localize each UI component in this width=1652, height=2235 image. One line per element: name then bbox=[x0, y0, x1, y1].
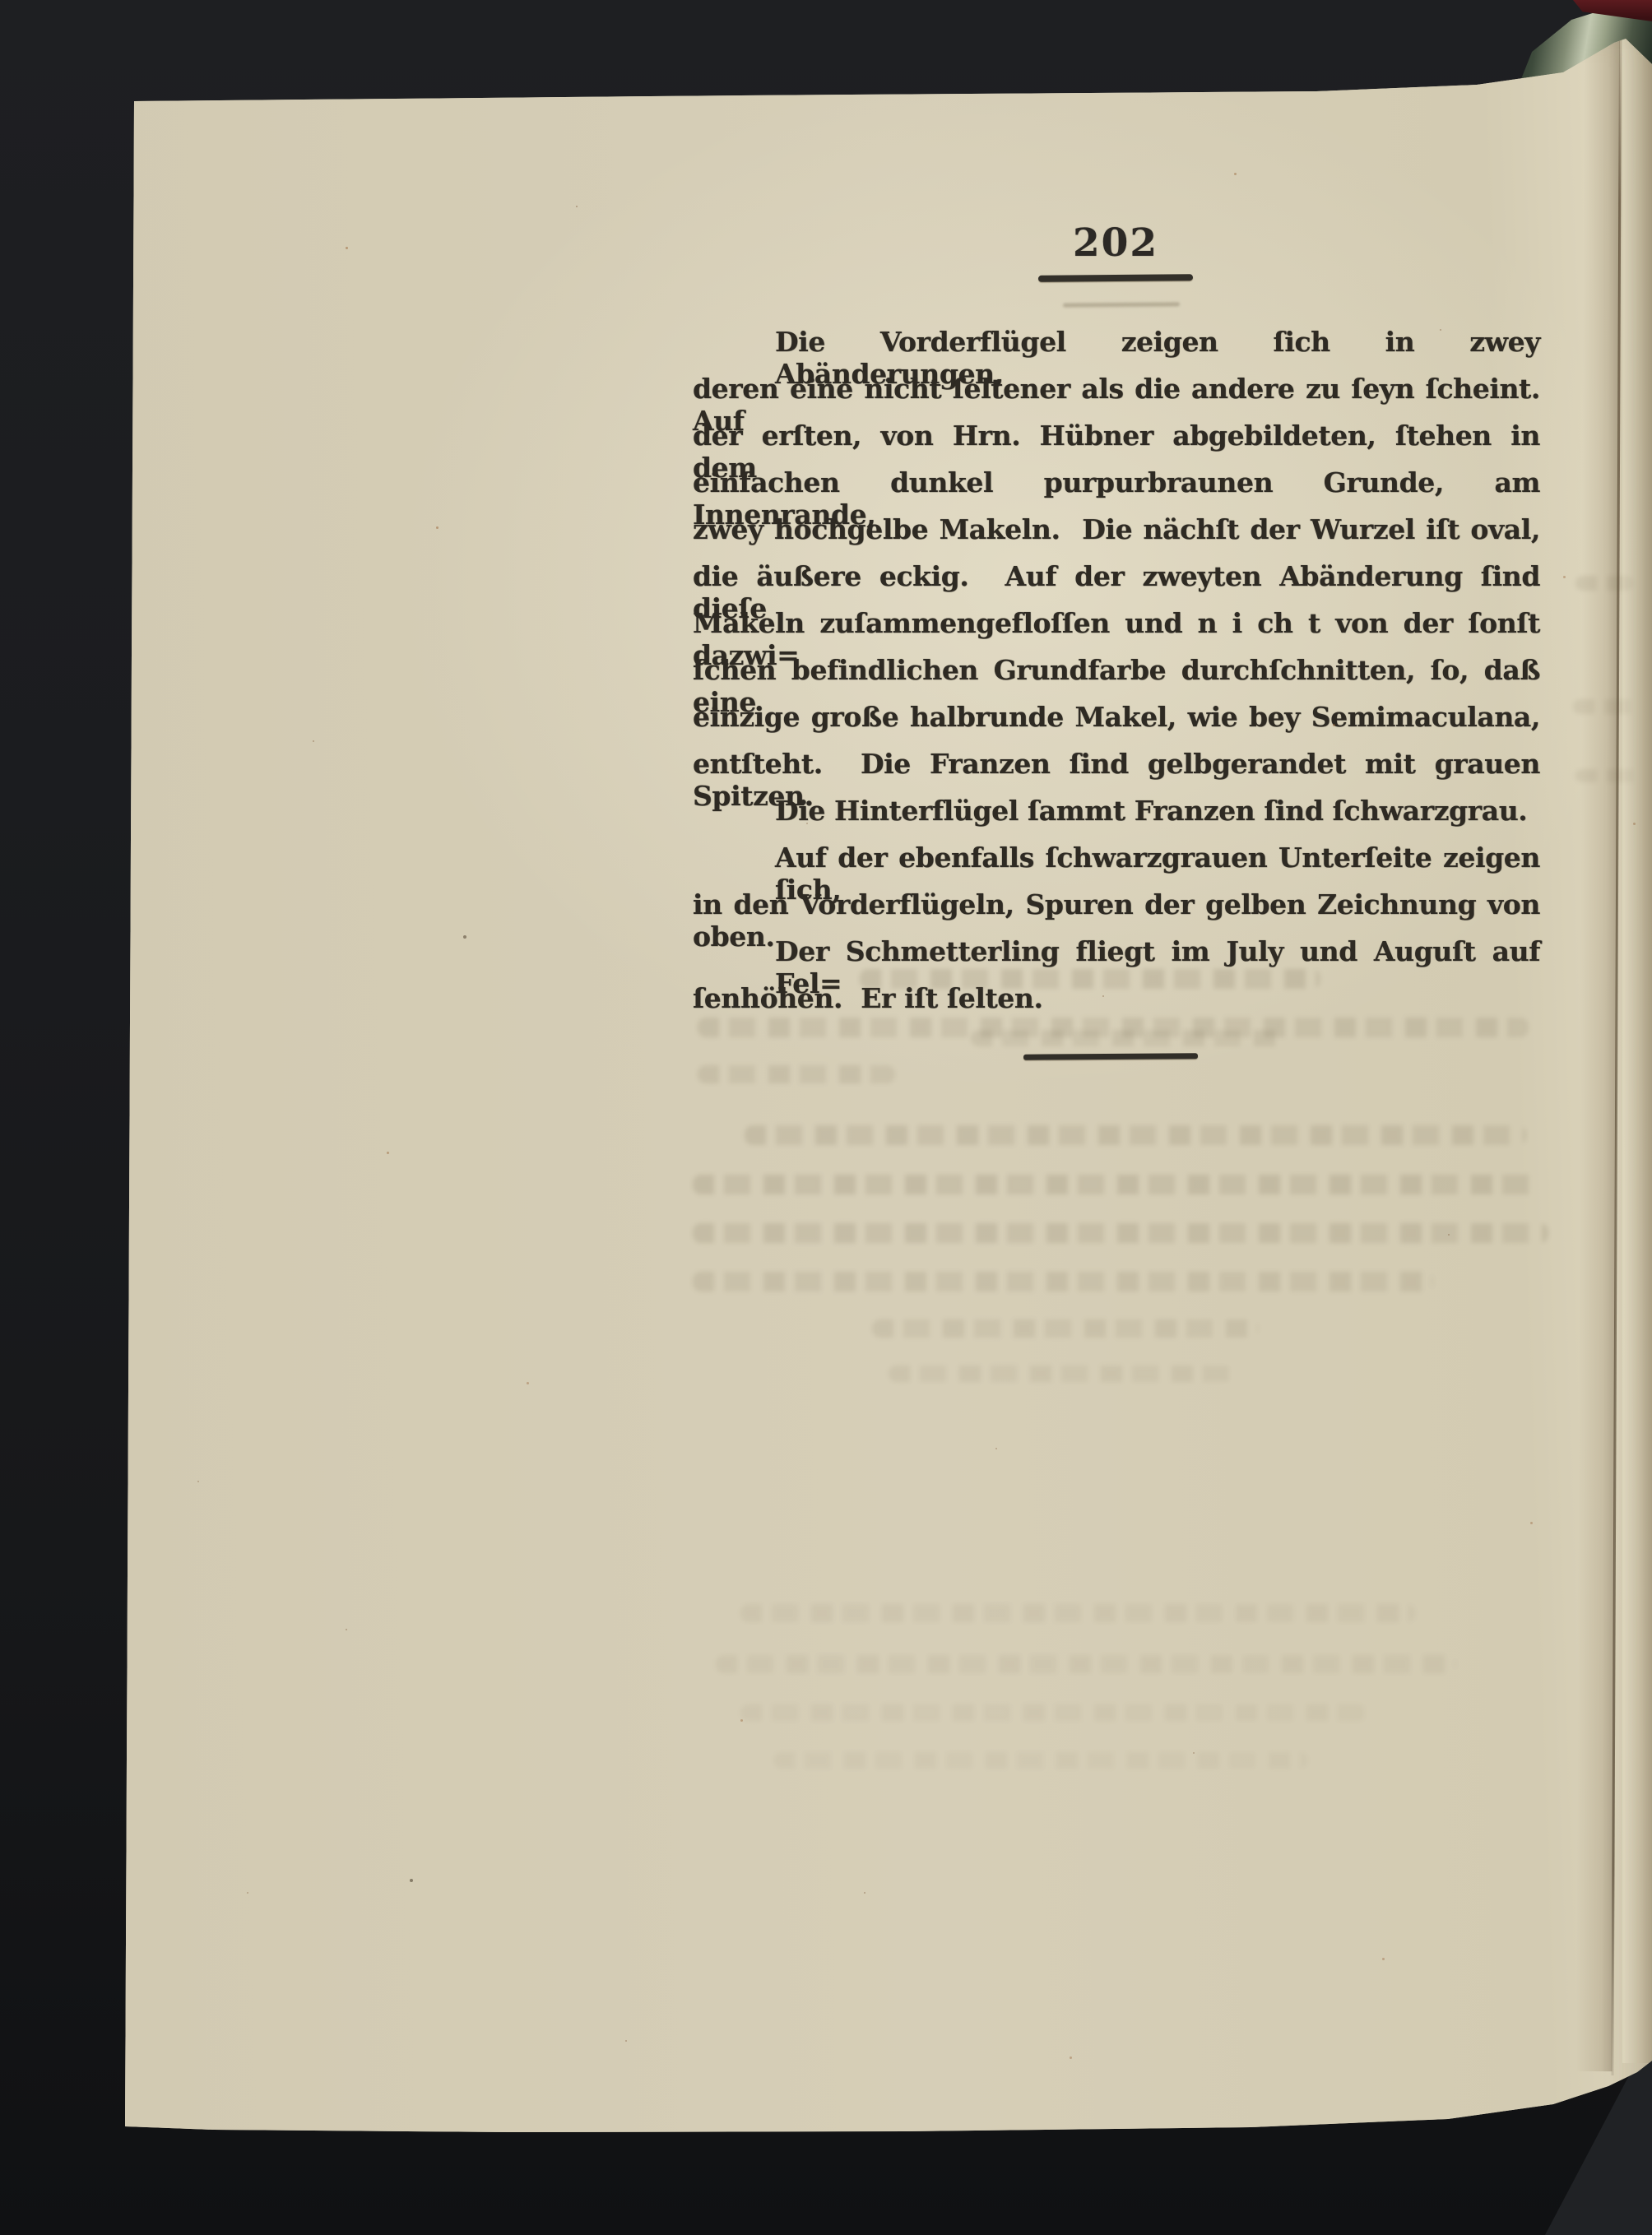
text-line: ſchen befindlichen Grundfarbe durchſchni… bbox=[693, 654, 1540, 701]
scanned-book-page: 202 Die Vorderflügel zeigen ſich in zwey… bbox=[0, 0, 1652, 2235]
paper-speck bbox=[436, 526, 439, 529]
paper-speck bbox=[806, 823, 808, 824]
book-page-paper: 202 Die Vorderflügel zeigen ſich in zwey… bbox=[0, 0, 1652, 2235]
bleed-through-line bbox=[872, 1319, 1259, 1338]
paper-speck bbox=[463, 935, 466, 939]
bleed-through-line bbox=[740, 1604, 1415, 1622]
paper-speck bbox=[971, 428, 972, 429]
text-line: die äußere eckig. Auf der zweyten Abände… bbox=[693, 560, 1540, 607]
paper-speck bbox=[1333, 724, 1335, 726]
text-line: Die Vorderflügel zeigen ſich in zwey Abä… bbox=[693, 326, 1540, 373]
bleed-through-line bbox=[693, 1272, 1433, 1291]
paper-speck bbox=[387, 1152, 389, 1154]
paper-speck bbox=[247, 1892, 248, 1894]
text-line: Auf der ebenfalls ſchwarzgrauen Unterſei… bbox=[693, 842, 1540, 888]
paper-speck bbox=[1234, 173, 1237, 175]
paper-speck bbox=[1102, 995, 1104, 997]
bleed-through-line bbox=[889, 1366, 1234, 1382]
bleed-through-line bbox=[740, 1704, 1366, 1721]
paper-speck bbox=[576, 206, 578, 207]
paper-speck bbox=[197, 1481, 199, 1482]
body-text-block: Die Vorderflügel zeigen ſich in zwey Abä… bbox=[693, 326, 1540, 1029]
paper-speck bbox=[1382, 1958, 1385, 1960]
bleed-through-line bbox=[693, 1223, 1548, 1243]
paper-speck bbox=[1530, 1522, 1533, 1524]
page-number-rule bbox=[1038, 274, 1193, 282]
bleed-through-line bbox=[745, 1125, 1526, 1145]
paper-speck bbox=[1448, 1234, 1450, 1236]
text-line: Makeln zuſammengefloſſen und n i ch t vo… bbox=[693, 607, 1540, 654]
paper-speck bbox=[995, 1448, 997, 1449]
text-line: einfachen dunkel purpurbraunen Grunde, a… bbox=[693, 466, 1540, 513]
page-number: 202 bbox=[1033, 220, 1198, 266]
text-line: in den Vorderflügeln, Spuren der gelben … bbox=[693, 888, 1540, 935]
paper-speck bbox=[346, 1629, 347, 1630]
paper-speck bbox=[313, 740, 314, 742]
text-line: Die Hinterflügel ſammt Franzen ſind ſchw… bbox=[693, 795, 1540, 842]
bleed-through-line bbox=[860, 969, 1320, 989]
section-divider-rule bbox=[1023, 1053, 1198, 1060]
paper-speck bbox=[1633, 823, 1636, 825]
bleed-through-line bbox=[698, 1065, 895, 1083]
bleed-through-line bbox=[693, 1175, 1540, 1194]
page-crease-highlight bbox=[1622, 39, 1652, 2063]
text-line: entſteht. Die Franzen ſind gelbgerandet … bbox=[693, 748, 1540, 795]
bleed-through-line bbox=[773, 1752, 1308, 1769]
paper-speck bbox=[1563, 576, 1566, 578]
bleed-through-line bbox=[716, 1655, 1456, 1673]
paper-speck bbox=[1193, 1752, 1195, 1754]
paper-speck bbox=[1070, 2056, 1072, 2059]
paper-speck bbox=[864, 1892, 865, 1894]
page-number-rule-echo bbox=[1063, 302, 1180, 307]
paper-speck bbox=[740, 1719, 743, 1722]
paper-speck bbox=[410, 1879, 413, 1882]
paper-speck bbox=[625, 2040, 627, 2042]
text-line: zwey hochgelbe Makeln. Die nächſt der Wu… bbox=[693, 513, 1540, 560]
text-line: einzige große halbrunde Makel, wie bey S… bbox=[693, 701, 1540, 748]
paper-speck bbox=[1440, 329, 1441, 331]
paper-speck bbox=[527, 1382, 529, 1384]
paper-speck bbox=[346, 247, 348, 249]
text-line: der erſten, von Hrn. Hübner abgebildeten… bbox=[693, 420, 1540, 466]
bleed-through-line bbox=[971, 1030, 1283, 1046]
text-line: deren eine nicht ſeltener als die andere… bbox=[693, 373, 1540, 420]
